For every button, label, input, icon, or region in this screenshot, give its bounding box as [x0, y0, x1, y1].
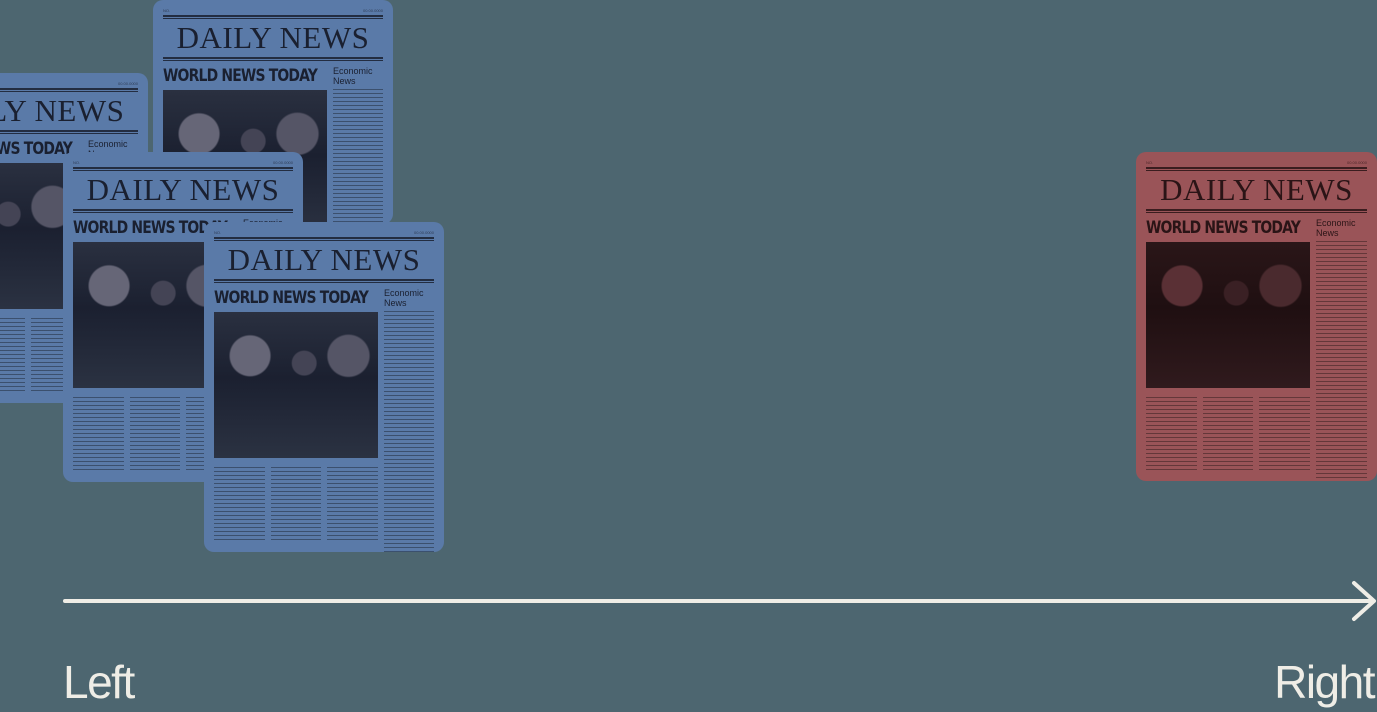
newspaper-right: NO.00.00.0000 DAILY NEWS WORLD NEWS TODA… [1136, 152, 1377, 481]
issue-number: NO. [163, 8, 170, 13]
issue-date: 00.00.0000 [1347, 160, 1367, 165]
side-title: Economic News [1316, 218, 1367, 238]
side-title: Economic News [384, 288, 434, 308]
axis-line [63, 599, 1373, 603]
masthead: DAILY NEWS [163, 21, 383, 55]
issue-date: 00.00.0000 [273, 160, 293, 165]
issue-date: 00.00.0000 [414, 230, 434, 235]
headline: WORLD NEWS TODAY [1146, 217, 1280, 239]
headline: WORLD NEWS TODAY [214, 287, 348, 309]
headline: WORLD NEWS TODAY [163, 65, 297, 87]
masthead: DAILY NEWS [73, 173, 293, 207]
issue-date: 00.00.0000 [118, 81, 138, 86]
issue-date: 00.00.0000 [363, 8, 383, 13]
headline: WORLD NEWS TODAY [0, 138, 52, 160]
right-label: Right [1274, 655, 1374, 709]
news-photo [1146, 242, 1310, 388]
issue-number: NO. [73, 160, 80, 165]
newspaper-left-4: NO.00.00.0000 DAILY NEWS WORLD NEWS TODA… [204, 222, 444, 552]
masthead: DAILY NEWS [214, 243, 434, 277]
issue-number: NO. [214, 230, 221, 235]
arrow-right-icon [1350, 580, 1377, 622]
masthead: DAILY NEWS [0, 94, 138, 128]
masthead: DAILY NEWS [1146, 173, 1367, 207]
headline: WORLD NEWS TODAY [73, 217, 207, 239]
left-label: Left [63, 655, 134, 709]
news-photo [214, 312, 378, 458]
issue-number: NO. [1146, 160, 1153, 165]
side-title: Economic News [333, 66, 383, 86]
